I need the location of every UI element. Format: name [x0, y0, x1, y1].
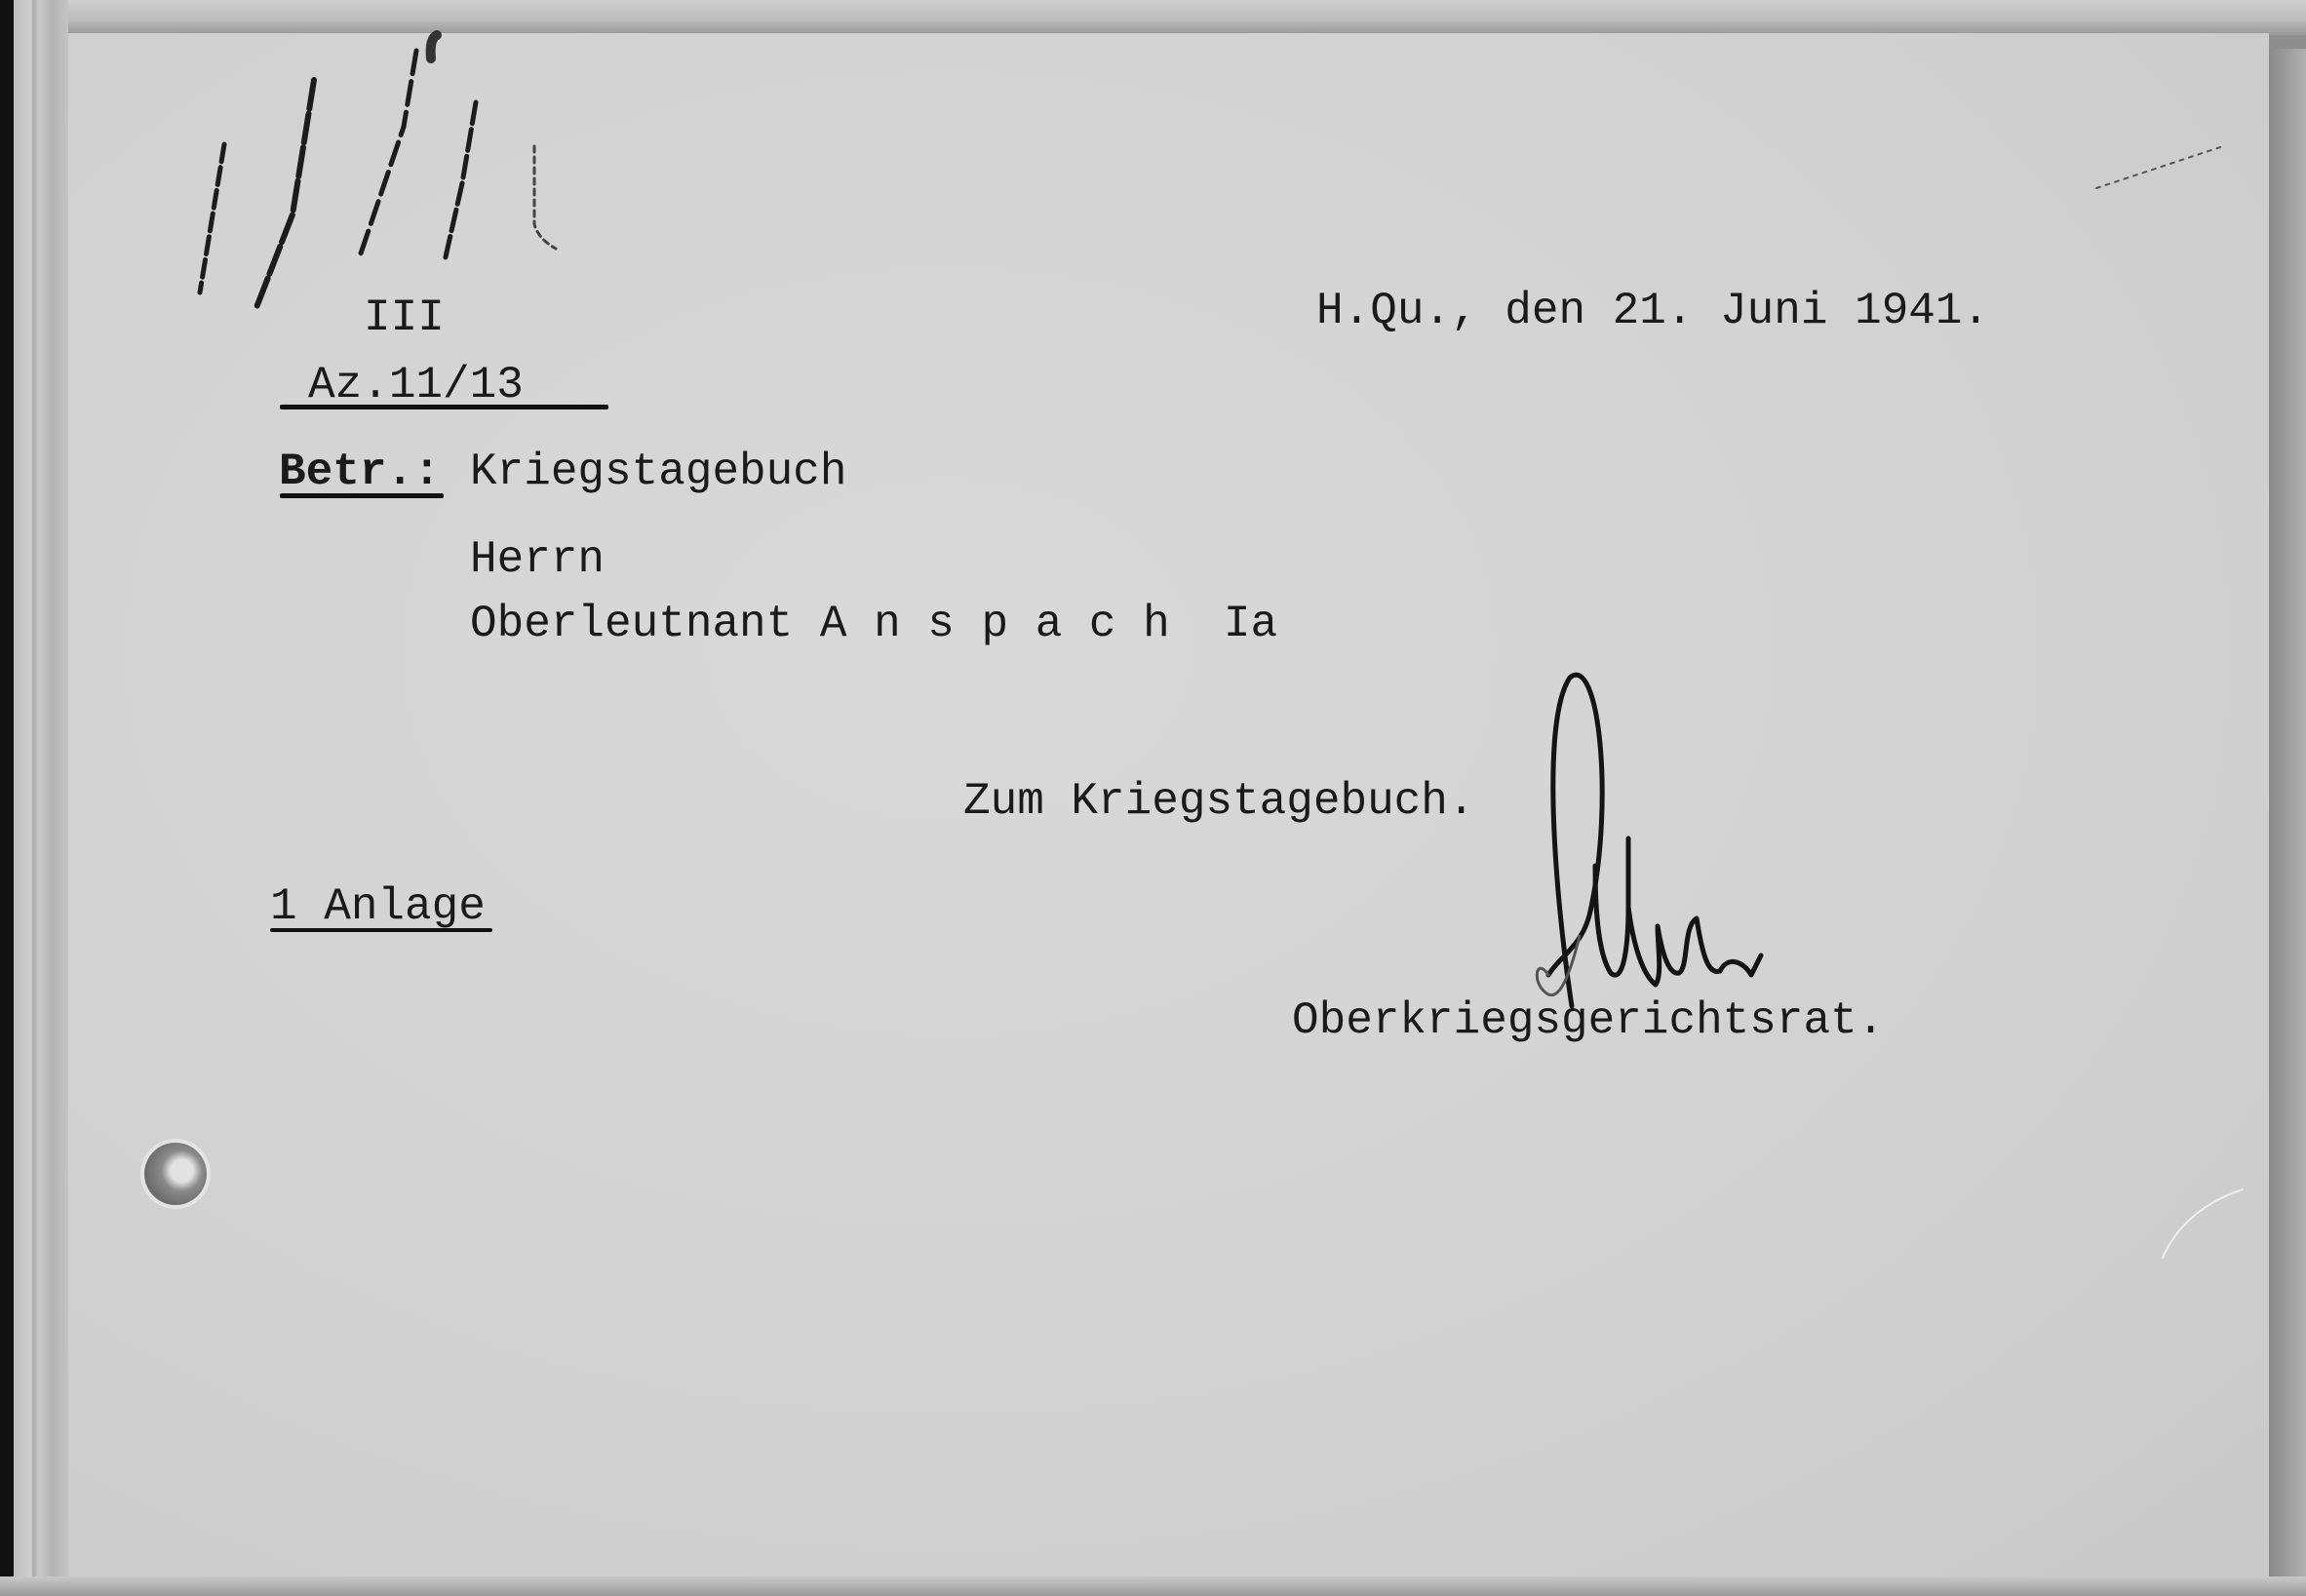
subject-label-underline — [280, 493, 444, 498]
file-reference: Az.11/13 — [308, 363, 524, 408]
enclosure-underline — [270, 928, 492, 932]
recipient: Oberleutnant A n s p a c h Ia — [470, 602, 1277, 646]
subject-label: Betr.: — [279, 449, 441, 494]
department-code: III — [364, 295, 445, 340]
place-date: H.Qu., den 21. Juni 1941. — [1316, 289, 1989, 333]
body-text: Zum Kriegstagebuch. — [963, 779, 1475, 824]
punch-hole — [144, 1143, 207, 1205]
enclosure: 1 Anlage — [270, 884, 486, 929]
file-reference-underline — [280, 405, 608, 409]
salutation: Herrn — [470, 537, 605, 582]
subject-text: Kriegstagebuch — [470, 449, 846, 494]
signature-icon — [1502, 663, 1833, 1014]
